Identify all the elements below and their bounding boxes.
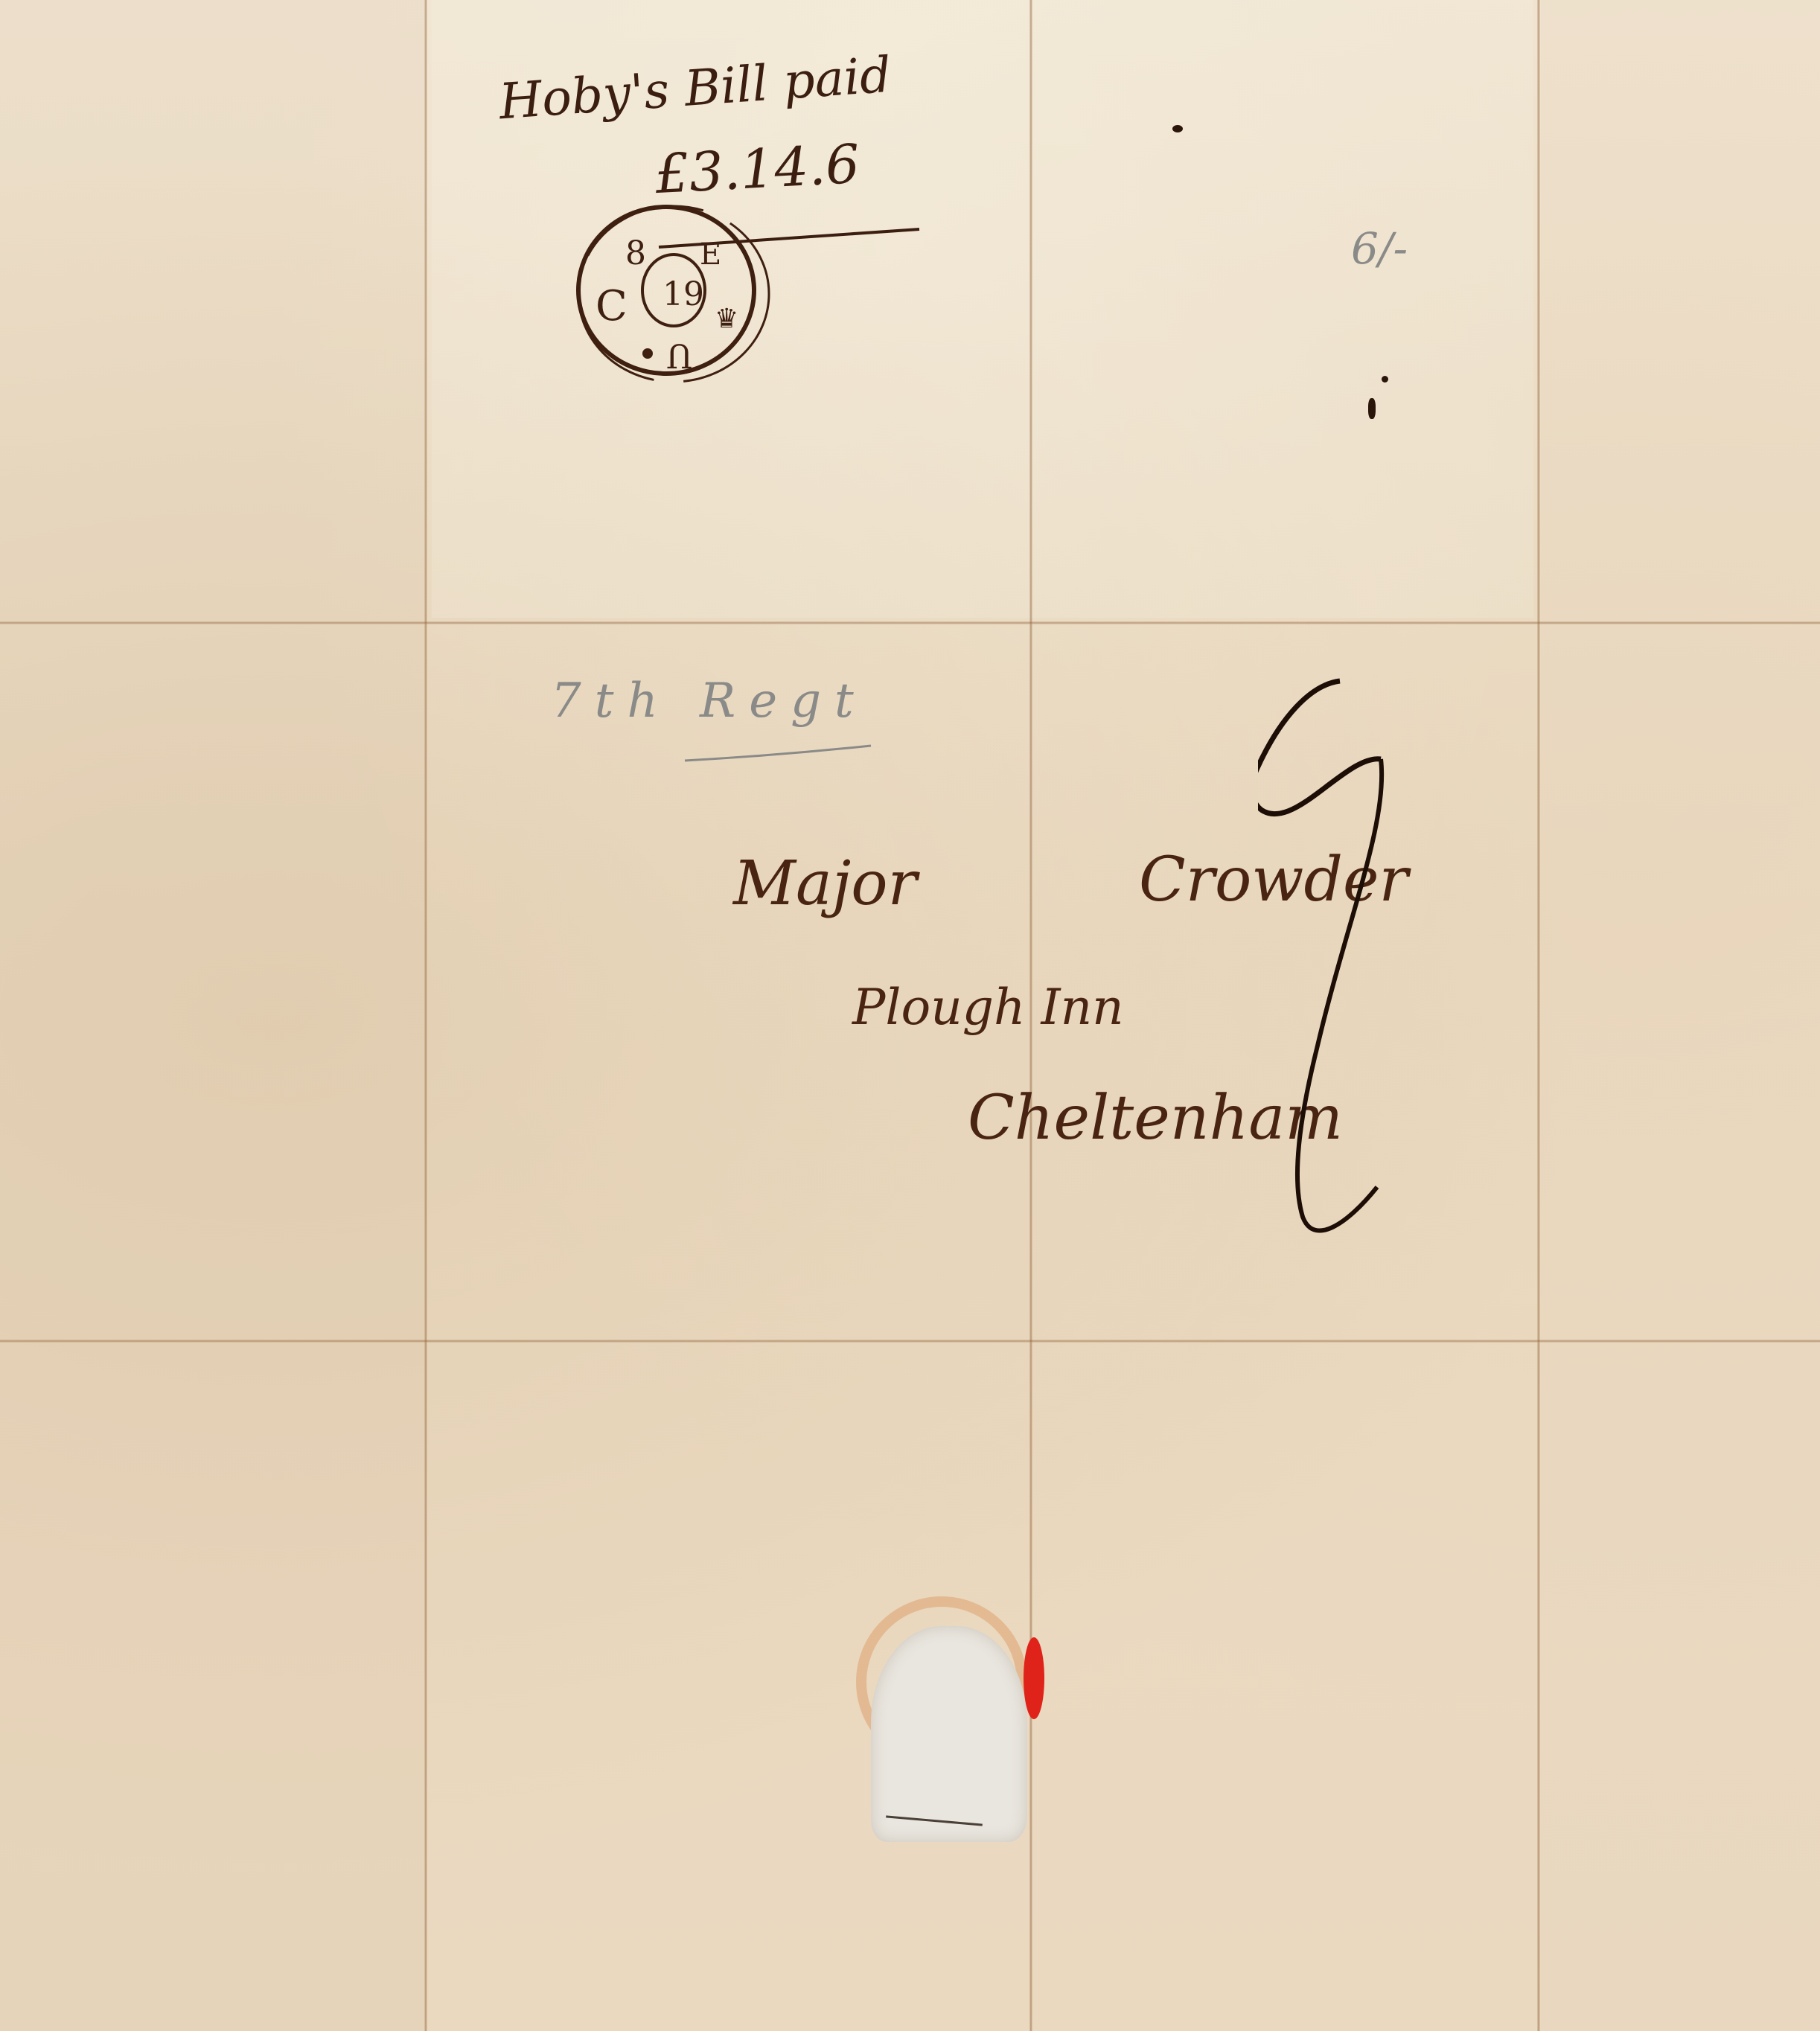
pencil-price: 6/- [1351, 223, 1408, 274]
panel-right [1541, 0, 1820, 2031]
fold-line-horizontal-1 [0, 621, 1820, 624]
address-title: Major [733, 848, 917, 919]
letter-sheet: Hoby's Bill paid £3.14.6 8 E 19 C ♛ Ո 6/… [0, 0, 1820, 2031]
svg-text:C: C [596, 282, 628, 330]
svg-text:19: 19 [662, 275, 704, 313]
seal-wax [1024, 1637, 1044, 1719]
fold-line-vertical-3 [1537, 0, 1540, 2031]
svg-text:E: E [700, 237, 721, 272]
svg-text:Ո: Ո [666, 339, 692, 377]
address-line-2: Plough Inn [852, 979, 1124, 1036]
pencil-regiment: 7th Regt [551, 674, 867, 729]
seal-paper [871, 1626, 1027, 1842]
fold-line-horizontal-2 [0, 1340, 1820, 1343]
svg-text:♛: ♛ [715, 304, 738, 334]
ink-spot [1368, 398, 1376, 419]
pencil-underline [681, 737, 875, 767]
svg-text:8: 8 [625, 234, 646, 272]
seal-remnant [856, 1596, 1042, 1857]
postal-rate-mark [1258, 674, 1392, 1254]
panel-left [0, 0, 424, 2031]
ink-spot [1382, 376, 1388, 383]
ink-spot [1172, 125, 1183, 132]
fold-line-vertical-1 [424, 0, 427, 2031]
postmark-icon: 8 E 19 C ♛ Ո [562, 190, 778, 391]
